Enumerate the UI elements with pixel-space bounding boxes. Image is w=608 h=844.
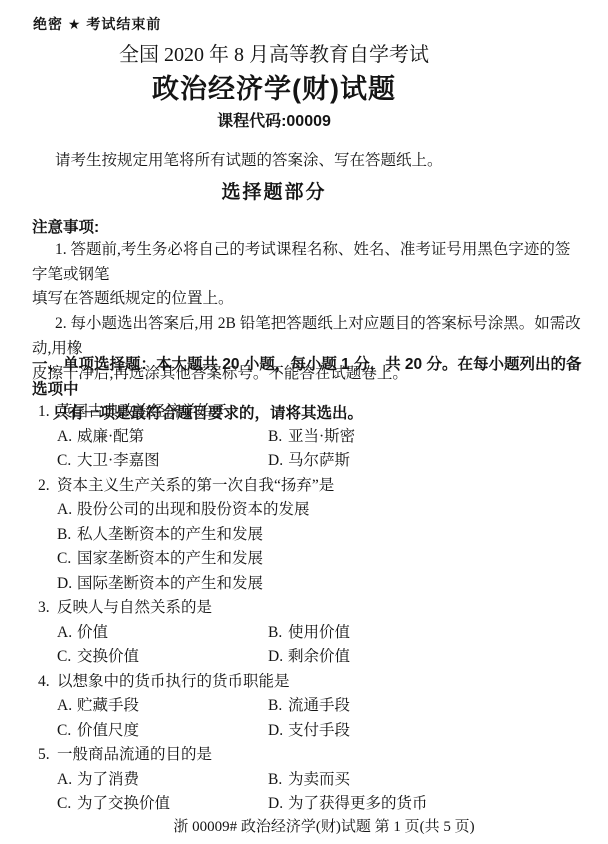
course-code: 课程代码:00009 bbox=[0, 110, 548, 134]
question-5-option-c: C.为了交换价值 bbox=[57, 792, 268, 817]
option-text: 亚当·斯密 bbox=[288, 428, 355, 445]
question-4-option-c: C.价值尺度 bbox=[57, 719, 268, 744]
question-1-number: 1. bbox=[38, 400, 57, 425]
option-label: B. bbox=[268, 621, 288, 646]
option-label: A. bbox=[57, 498, 77, 523]
question-list: 1.英国古典政治经济学始于 A.威廉·配第 B.亚当·斯密 C.大卫·李嘉图 D… bbox=[0, 400, 608, 817]
option-label: D. bbox=[268, 645, 288, 670]
option-text: 大卫·李嘉图 bbox=[77, 452, 160, 469]
option-text: 私人垄断资本的产生和发展 bbox=[77, 526, 263, 543]
option-label: C. bbox=[57, 719, 77, 744]
question-1-option-a: A.威廉·配第 bbox=[57, 425, 268, 450]
option-text: 马尔萨斯 bbox=[288, 452, 350, 469]
option-label: D. bbox=[268, 719, 288, 744]
question-3-option-d: D.剩余价值 bbox=[268, 645, 608, 670]
question-4-option-a: A.贮藏手段 bbox=[57, 694, 268, 719]
option-text: 使用价值 bbox=[288, 624, 350, 641]
option-label: D. bbox=[268, 792, 288, 817]
question-1-option-d: D.马尔萨斯 bbox=[268, 449, 608, 474]
exam-session-title: 全国 2020 年 8 月高等教育自学考试 bbox=[0, 42, 548, 68]
question-4-stem: 4.以想象中的货币执行的货币职能是 bbox=[0, 670, 608, 695]
question-2-stem: 2.资本主义生产关系的第一次自我“扬弃”是 bbox=[0, 474, 608, 499]
option-text: 价值 bbox=[77, 624, 108, 641]
question-3-options-row-2: C.交换价值 D.剩余价值 bbox=[57, 645, 608, 670]
question-2-option-d: D.国际垄断资本的产生和发展 bbox=[57, 572, 608, 597]
question-4-option-d: D.支付手段 bbox=[268, 719, 608, 744]
paper-header: 全国 2020 年 8 月高等教育自学考试 政治经济学(财)试题 课程代码:00… bbox=[0, 42, 548, 134]
notes-title: 注意事项: bbox=[32, 216, 99, 240]
section-title: 选择题部分 bbox=[0, 181, 548, 205]
option-text: 交换价值 bbox=[77, 648, 139, 665]
option-text: 支付手段 bbox=[288, 722, 350, 739]
option-text: 为了获得更多的货币 bbox=[288, 795, 428, 812]
question-5-number: 5. bbox=[38, 743, 57, 768]
secrecy-label: 绝密 ★ 考试结束前 bbox=[33, 14, 161, 34]
question-1-option-c: C.大卫·李嘉图 bbox=[57, 449, 268, 474]
question-5-option-a: A.为了消费 bbox=[57, 768, 268, 793]
question-1-option-b: B.亚当·斯密 bbox=[268, 425, 608, 450]
option-label: C. bbox=[57, 547, 77, 572]
question-4-text: 以想象中的货币执行的货币职能是 bbox=[57, 673, 290, 690]
question-3-option-a: A.价值 bbox=[57, 621, 268, 646]
option-text: 国家垄断资本的产生和发展 bbox=[77, 550, 263, 567]
page-footer: 浙 00009# 政治经济学(财)试题 第 1 页(共 5 页) bbox=[0, 815, 608, 839]
question-2-number: 2. bbox=[38, 474, 57, 499]
option-label: C. bbox=[57, 449, 77, 474]
option-text: 股份公司的出现和股份资本的发展 bbox=[77, 501, 310, 518]
question-1-stem: 1.英国古典政治经济学始于 bbox=[0, 400, 608, 425]
part-heading-line-1: 一、单项选择题：本大题共 20 小题，每小题 1 分，共 20 分。在每小题列出… bbox=[32, 353, 588, 402]
question-2-option-c: C.国家垄断资本的产生和发展 bbox=[57, 547, 608, 572]
question-1-text: 英国古典政治经济学始于 bbox=[57, 403, 228, 420]
option-label: A. bbox=[57, 694, 77, 719]
question-1-options-row-2: C.大卫·李嘉图 D.马尔萨斯 bbox=[57, 449, 608, 474]
question-2-option-b: B.私人垄断资本的产生和发展 bbox=[57, 523, 608, 548]
question-4-options-row-2: C.价值尺度 D.支付手段 bbox=[57, 719, 608, 744]
question-2-text: 资本主义生产关系的第一次自我“扬弃”是 bbox=[57, 477, 334, 494]
question-4-option-b: B.流通手段 bbox=[268, 694, 608, 719]
option-label: B. bbox=[268, 425, 288, 450]
question-5-options-row-2: C.为了交换价值 D.为了获得更多的货币 bbox=[57, 792, 608, 817]
question-4-options-row-1: A.贮藏手段 B.流通手段 bbox=[57, 694, 608, 719]
question-1-options-row-1: A.威廉·配第 B.亚当·斯密 bbox=[57, 425, 608, 450]
question-5-option-d: D.为了获得更多的货币 bbox=[268, 792, 608, 817]
option-label: B. bbox=[268, 694, 288, 719]
option-label: A. bbox=[57, 425, 77, 450]
option-text: 剩余价值 bbox=[288, 648, 350, 665]
option-label: D. bbox=[57, 572, 77, 597]
option-text: 威廉·配第 bbox=[77, 428, 144, 445]
option-label: D. bbox=[268, 449, 288, 474]
option-text: 贮藏手段 bbox=[77, 697, 139, 714]
question-3-option-b: B.使用价值 bbox=[268, 621, 608, 646]
question-5-option-b: B.为卖而买 bbox=[268, 768, 608, 793]
option-text: 为了交换价值 bbox=[77, 795, 170, 812]
paper-title: 政治经济学(财)试题 bbox=[0, 70, 548, 108]
question-4-number: 4. bbox=[38, 670, 57, 695]
question-3-number: 3. bbox=[38, 596, 57, 621]
question-5-stem: 5.一般商品流通的目的是 bbox=[0, 743, 608, 768]
option-label: A. bbox=[57, 768, 77, 793]
option-label: B. bbox=[57, 523, 77, 548]
option-label: B. bbox=[268, 768, 288, 793]
option-text: 价值尺度 bbox=[77, 722, 139, 739]
question-3-option-c: C.交换价值 bbox=[57, 645, 268, 670]
question-3-options-row-1: A.价值 B.使用价值 bbox=[57, 621, 608, 646]
question-5-text: 一般商品流通的目的是 bbox=[57, 746, 212, 763]
option-text: 为卖而买 bbox=[288, 771, 350, 788]
option-text: 流通手段 bbox=[288, 697, 350, 714]
question-5-options-row-1: A.为了消费 B.为卖而买 bbox=[57, 768, 608, 793]
note-1-line-1: 1. 答题前,考生务必将自己的考试课程名称、姓名、准考证号用黑色字迹的签字笔或钢… bbox=[32, 238, 582, 287]
question-3-text: 反映人与自然关系的是 bbox=[57, 599, 212, 616]
answer-instruction: 请考生按规定用笔将所有试题的答案涂、写在答题纸上。 bbox=[32, 148, 582, 173]
exam-paper-page: { "document": { "secrecy_label": "绝密 ★ 考… bbox=[0, 0, 608, 844]
option-label: C. bbox=[57, 792, 77, 817]
option-text: 为了消费 bbox=[77, 771, 139, 788]
option-label: C. bbox=[57, 645, 77, 670]
question-2-option-a: A.股份公司的出现和股份资本的发展 bbox=[57, 498, 608, 523]
note-1-line-2: 填写在答题纸规定的位置上。 bbox=[32, 287, 582, 312]
question-3-stem: 3.反映人与自然关系的是 bbox=[0, 596, 608, 621]
option-text: 国际垄断资本的产生和发展 bbox=[77, 575, 263, 592]
option-label: A. bbox=[57, 621, 77, 646]
